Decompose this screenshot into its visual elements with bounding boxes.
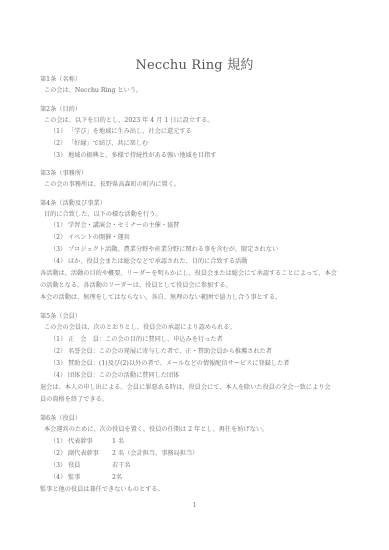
list-item: （2）副代表幹事2 名（会計担当、事務局担当） [50,450,198,458]
list-item: （2）イベントの開催・運営 [50,234,130,242]
article-5-body: この会の会員は、次のとおりとし、役員会の承認により認められる。 [44,324,236,332]
list-item: （3）地域の振興と、多様で持続性がある強い地域を目指す [50,152,217,160]
article-4-note: 各活動は、活動の目的や概要、リーダーを明らかにし、役員会または総会にて承認するこ… [40,270,337,278]
article-6-heading: 第6条（役員） [40,415,81,423]
list-item: （1）代表幹事1 名 [50,438,124,446]
article-3-body: この会の事務所は、長野県高森町の町内に置く。 [44,181,180,189]
list-item: （4）監事2名 [50,474,122,482]
list-item: （3）役員若干名 [50,462,131,470]
document-page: Necchu Ring 規約 第1条（名称） この会は、Necchu Ring … [0,0,389,550]
article-6-note: 監事と他の役員は兼任できないものとする。 [40,486,164,494]
article-6-body: 本会運営のために、次の役員を置く。役員の任期は 2 年とし、再任を妨げない。 [44,426,268,434]
list-item: （2）名誉会員：この会の発展に寄与した者で、正・賛助会員から推薦された者 [50,348,272,356]
article-4-body: 目的に合致した、以下の様な活動を行う。 [44,211,162,219]
list-item: （1）正 会 員：この会の目的に賛同し、申込みを行った者 [50,336,223,344]
page-number: 1 [0,502,389,509]
article-4-heading: 第4条（活動及び事業） [40,200,106,208]
article-1-heading: 第1条（名称） [40,76,81,84]
article-5-note: 員の資格を終了できる。 [40,396,108,404]
list-item: （4）ほか、役員会または総会などで承認された、目的に合致する活動 [50,258,247,266]
article-5-heading: 第5条（会員） [40,313,81,321]
article-4-note: の活動となる。各活動のリーダーは、役員として役員会に参加する。 [40,282,232,290]
document-title: Necchu Ring 規約 [0,54,389,73]
list-item: （3）賛助会員：(1)及び(2)以外の者で、メールなどの情報配信サービスに登録し… [50,360,289,368]
article-2-heading: 第2条（目的） [40,106,81,114]
list-item: （1）「学び」を地域に生み出し、社会に還元する [50,128,192,136]
article-5-note: 退会は、本人の申し出による。会員に罪悪ある時は、役員会にて、本人を除いた役員の全… [40,384,331,392]
article-2-body: この会は、以下を目的とし、2023 年 4 月 1 日に設立する。 [44,117,214,125]
article-4-note: 本会の活動は、無理をしてはならない。各自、無理のない範囲で協力し合う事とする。 [40,294,281,302]
list-item: （2）「好縁」で結び、共に楽しむ [50,140,148,148]
article-1-body: この会は、Necchu Ring という。 [44,87,142,95]
article-3-heading: 第3条（事務所） [40,170,87,178]
list-item: （4）団体会員：この会の活動に賛同した団体 [50,372,179,380]
list-item: （3）プロジェクト活動。農業分野や産業分野に関わる事を含むが、限定されない [50,246,278,254]
list-item: （1）学習会・講演会・セミナーの主催・協賛 [50,222,179,230]
